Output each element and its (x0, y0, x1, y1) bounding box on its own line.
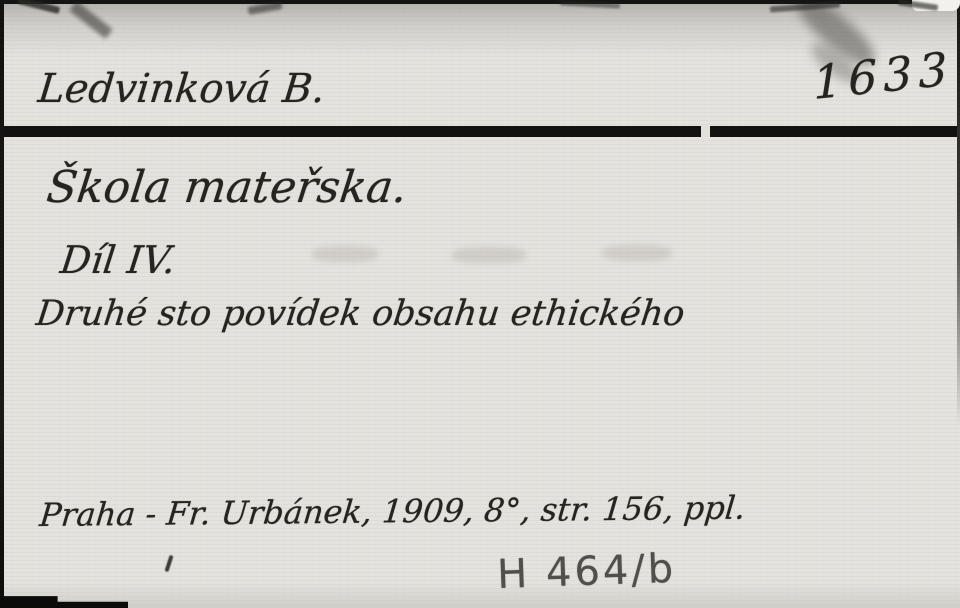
bleed-through-stain (312, 246, 378, 262)
bleed-through-stain (602, 245, 672, 261)
catalog-card-scan: Ledvinková B. 1633 Škola mateřska. Díl I… (0, 0, 960, 608)
title-line: Škola mateřska. (44, 162, 410, 213)
scan-edge-left (0, 0, 4, 608)
imprint-line: Praha - Fr. Urbánek, 1909, 8°, str. 156,… (38, 489, 747, 534)
part-line: Díl IV. (58, 238, 178, 282)
author-heading: Ledvinková B. (36, 66, 327, 112)
subtitle-line: Druhé sto povídek obsahu ethického (34, 294, 687, 334)
divider-rule-gap (701, 126, 710, 137)
bottom-shading (0, 582, 960, 608)
stray-ink-mark (164, 555, 173, 572)
shelfmark-pencil: H 464/b (496, 546, 677, 598)
divider-rule (0, 126, 960, 137)
bleed-through-stain (452, 247, 526, 263)
